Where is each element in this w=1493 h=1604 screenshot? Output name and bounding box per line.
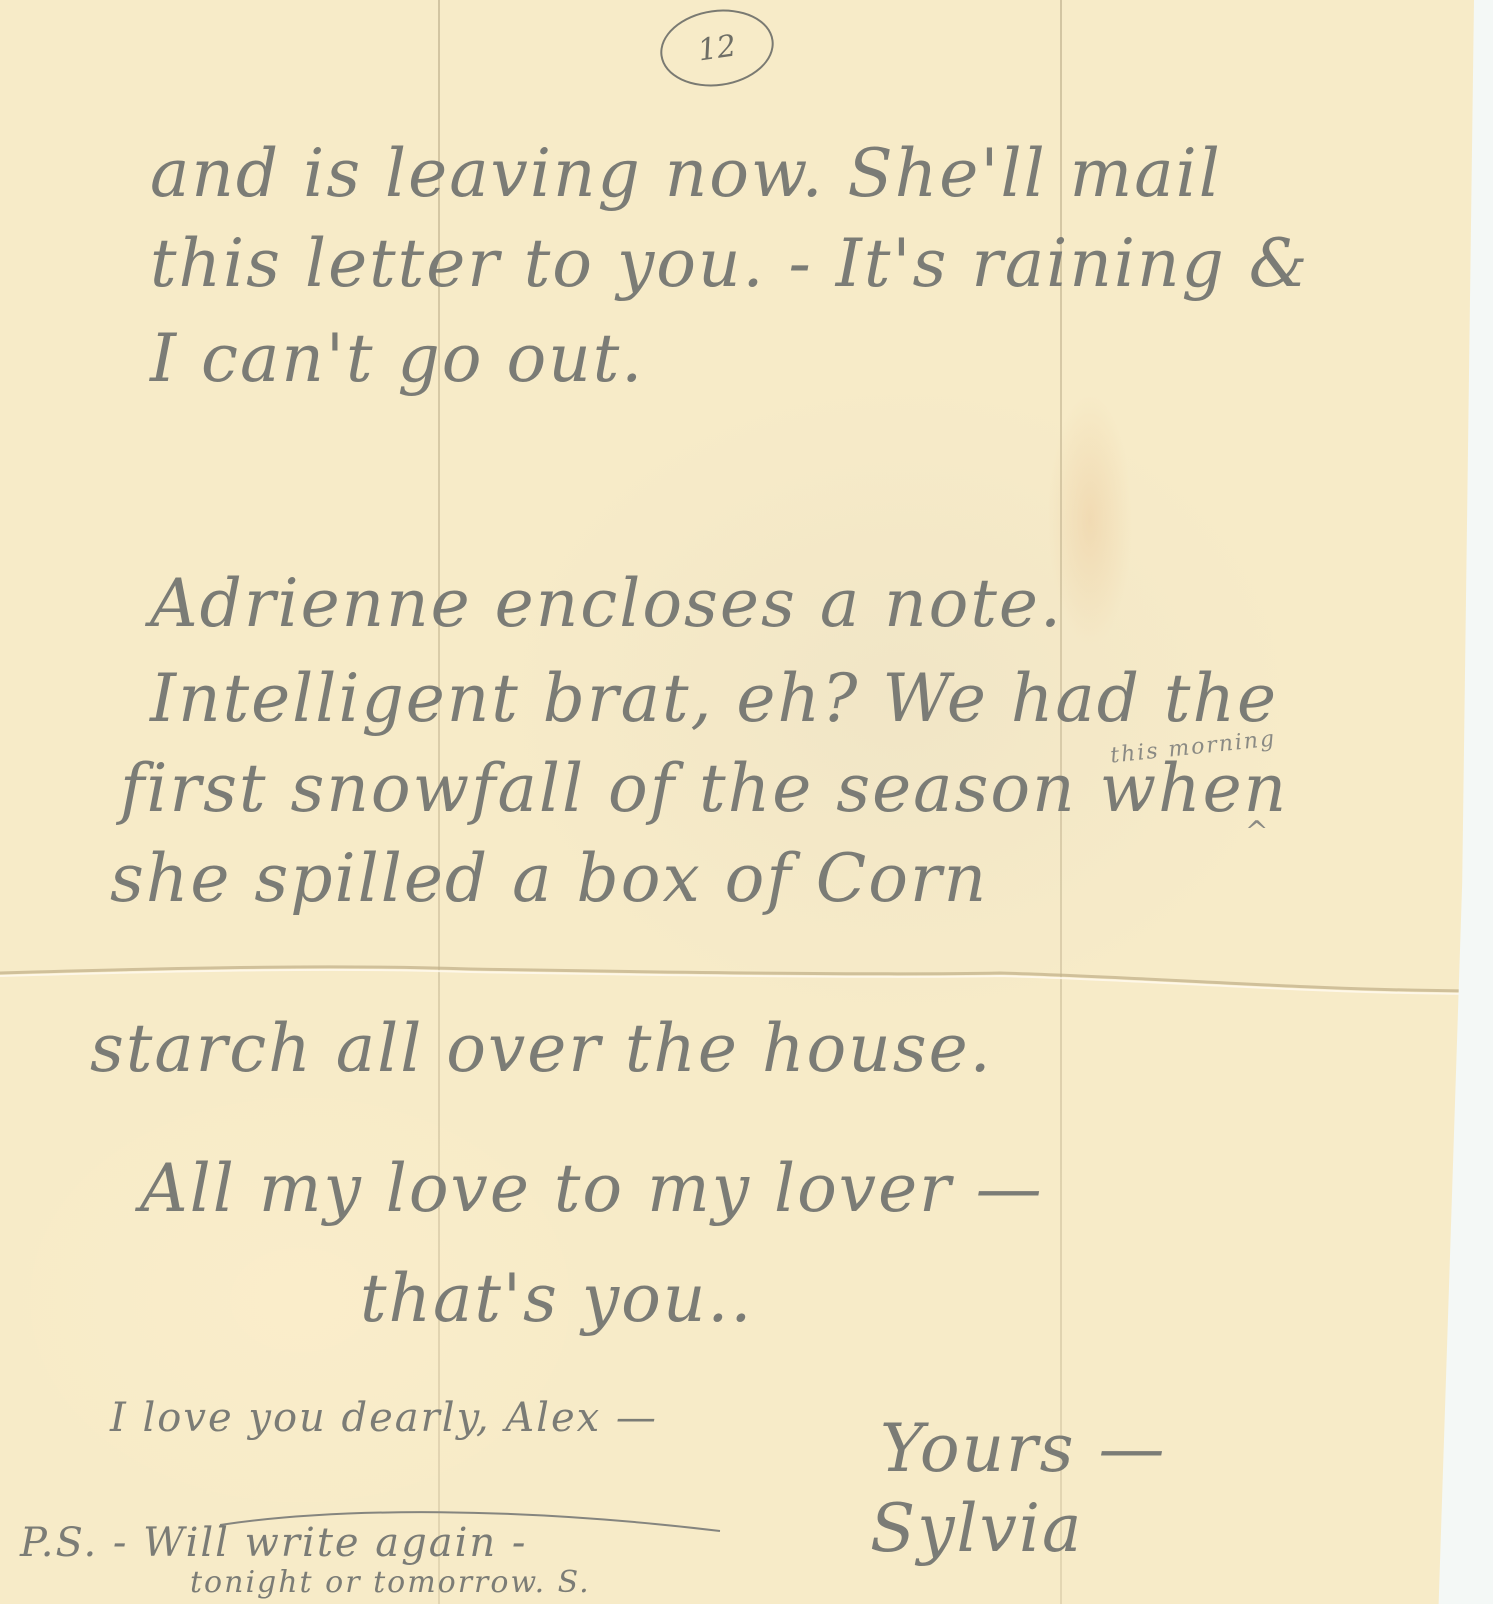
letter-line: and is leaving now. She'll mail xyxy=(150,135,1222,212)
closing-line: I love you dearly, Alex — xyxy=(110,1395,658,1441)
letter-line: she spilled a box of Corn xyxy=(110,840,988,917)
letter-line: this letter to you. - It's raining & xyxy=(150,225,1310,302)
letter-line: Intelligent brat, eh? We had the xyxy=(150,660,1278,737)
letter-line: Adrienne encloses a note. xyxy=(150,565,1063,642)
letter-page: 12 and is leaving now. She'll mail this … xyxy=(0,0,1474,1604)
postscript-line: tonight or tomorrow. S. xyxy=(190,1565,591,1600)
signature: Sylvia xyxy=(870,1490,1083,1567)
closing-line: that's you.. xyxy=(360,1260,753,1337)
letter-line: starch all over the house. xyxy=(90,1010,993,1087)
closing-line: All my love to my lover — xyxy=(140,1150,1044,1227)
horizontal-fold-crease xyxy=(0,955,1474,995)
letter-line: first snowfall of the season when xyxy=(120,750,1288,827)
insertion-caret: ^ xyxy=(1245,815,1270,848)
circled-page-number: 12 xyxy=(655,2,778,93)
letter-line: I can't go out. xyxy=(150,320,644,397)
page-number-text: 12 xyxy=(696,28,739,68)
valediction: Yours — xyxy=(880,1410,1166,1487)
postscript-line: P.S. - Will write again - xyxy=(20,1520,527,1566)
